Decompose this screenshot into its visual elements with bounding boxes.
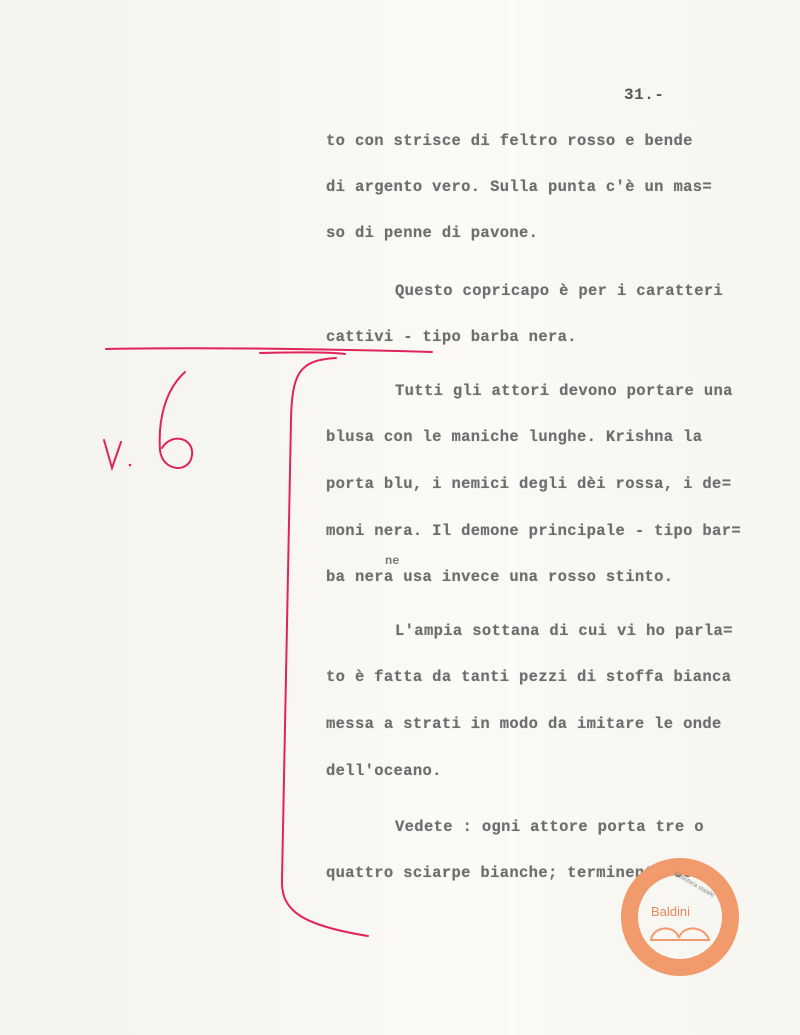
text-line: dell'oceano. [326, 762, 442, 780]
text-line: Vedete : ogni attore porta tre o [395, 818, 704, 836]
text-line: to con strisce di feltro rosso e bende [326, 132, 693, 150]
text-line: to è fatta da tanti pezzi di stoffa bian… [326, 668, 731, 686]
underline-mark [106, 348, 432, 352]
margin-note-v [104, 440, 121, 468]
text-line: messa a strati in modo da imitare le ond… [326, 715, 722, 733]
text-line: blusa con le maniche lunghe. Krishna la [326, 428, 702, 446]
document-page: 31.- to con strisce di feltro rosso e be… [0, 0, 800, 1035]
text-line: L'ampia sottana di cui vi ho parla= [395, 622, 733, 640]
text-line: Questo copricapo è per i caratteri [395, 282, 723, 300]
interlinear-insert: ne [385, 554, 399, 568]
library-stamp: Biblioteca statale Baldini [621, 858, 739, 976]
margin-note-6 [160, 372, 192, 468]
book-icon [649, 920, 711, 942]
text-line: porta blu, i nemici degli dèi rossa, i d… [326, 475, 731, 493]
text-line: ba nera usa invece una rosso stinto. [326, 568, 673, 586]
text-line: so di penne di pavone. [326, 224, 538, 242]
underline-mark-2 [260, 352, 345, 354]
stamp-name: Baldini [651, 904, 690, 919]
text-line: di argento vero. Sulla punta c'è un mas= [326, 178, 712, 196]
page-number: 31.- [624, 86, 664, 104]
text-line: moni nera. Il demone principale - tipo b… [326, 522, 741, 540]
text-line: Tutti gli attori devono portare una [395, 382, 733, 400]
text-line: cattivi - tipo barba nera. [326, 328, 577, 346]
